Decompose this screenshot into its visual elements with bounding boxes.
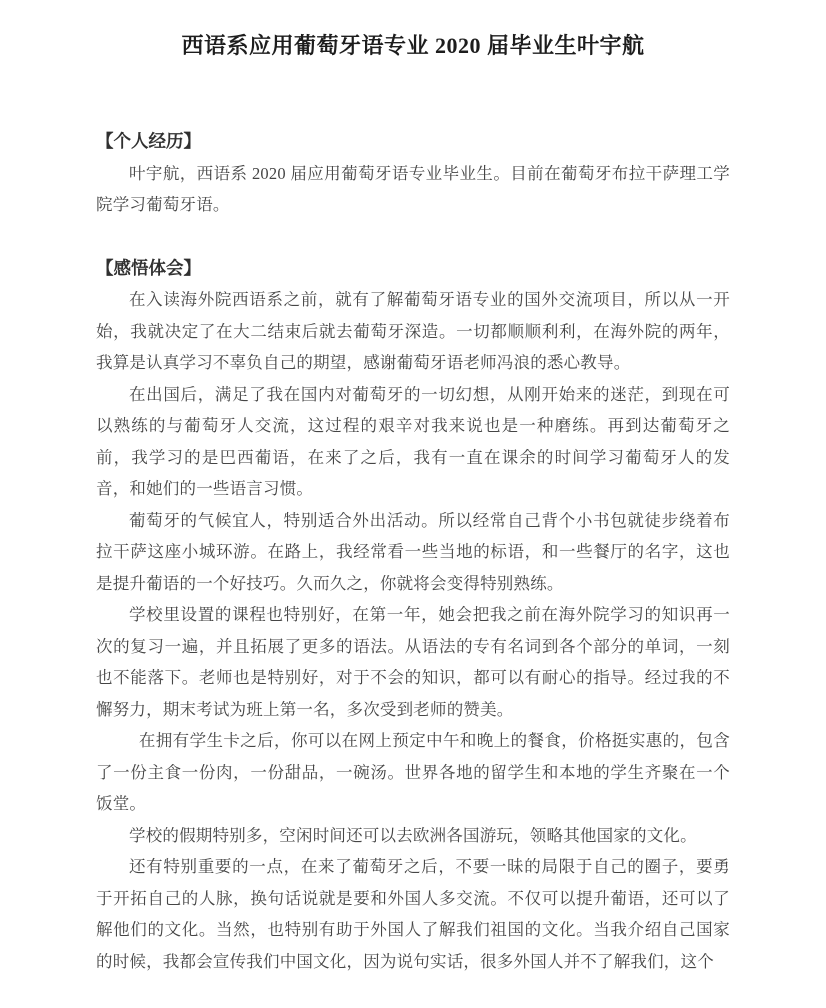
paragraph: 学校的假期特别多，空闲时间还可以去欧洲各国游玩，领略其他国家的文化。	[96, 820, 730, 852]
section-heading-personal-experience: 【个人经历】	[96, 126, 730, 158]
paragraph: 学校里设置的课程也特别好，在第一年，她会把我之前在海外院学习的知识再一次的复习一…	[96, 599, 730, 725]
paragraph: 在出国后，满足了我在国内对葡萄牙的一切幻想，从刚开始来的迷茫，到现在可以熟练的与…	[96, 379, 730, 505]
paragraph: 叶宇航，西语系 2020 届应用葡萄牙语专业毕业生。目前在葡萄牙布拉干萨理工学院…	[96, 158, 730, 221]
paragraph: 在入读海外院西语系之前，就有了解葡萄牙语专业的国外交流项目，所以从一开始，我就决…	[96, 284, 730, 379]
paragraph: 还有特别重要的一点，在来了葡萄牙之后，不要一昧的局限于自己的圈子，要勇于开拓自己…	[96, 851, 730, 977]
paragraph: 在拥有学生卡之后，你可以在网上预定中午和晚上的餐食，价格挺实惠的，包含了一份主食…	[96, 725, 730, 820]
section-personal-experience: 【个人经历】 叶宇航，西语系 2020 届应用葡萄牙语专业毕业生。目前在葡萄牙布…	[96, 126, 730, 221]
section-reflections: 【感悟体会】 在入读海外院西语系之前，就有了解葡萄牙语专业的国外交流项目，所以从…	[96, 253, 730, 978]
section-heading-reflections: 【感悟体会】	[96, 253, 730, 285]
paragraph: 葡萄牙的气候宜人，特别适合外出活动。所以经常自己背个小书包就徒步绕着布拉干萨这座…	[96, 505, 730, 600]
document-title: 西语系应用葡萄牙语专业 2020 届毕业生叶宇航	[96, 30, 730, 62]
document-content: 西语系应用葡萄牙语专业 2020 届毕业生叶宇航 【个人经历】 叶宇航，西语系 …	[96, 30, 730, 977]
document-page: 西语系应用葡萄牙语专业 2020 届毕业生叶宇航 【个人经历】 叶宇航，西语系 …	[0, 0, 826, 1008]
